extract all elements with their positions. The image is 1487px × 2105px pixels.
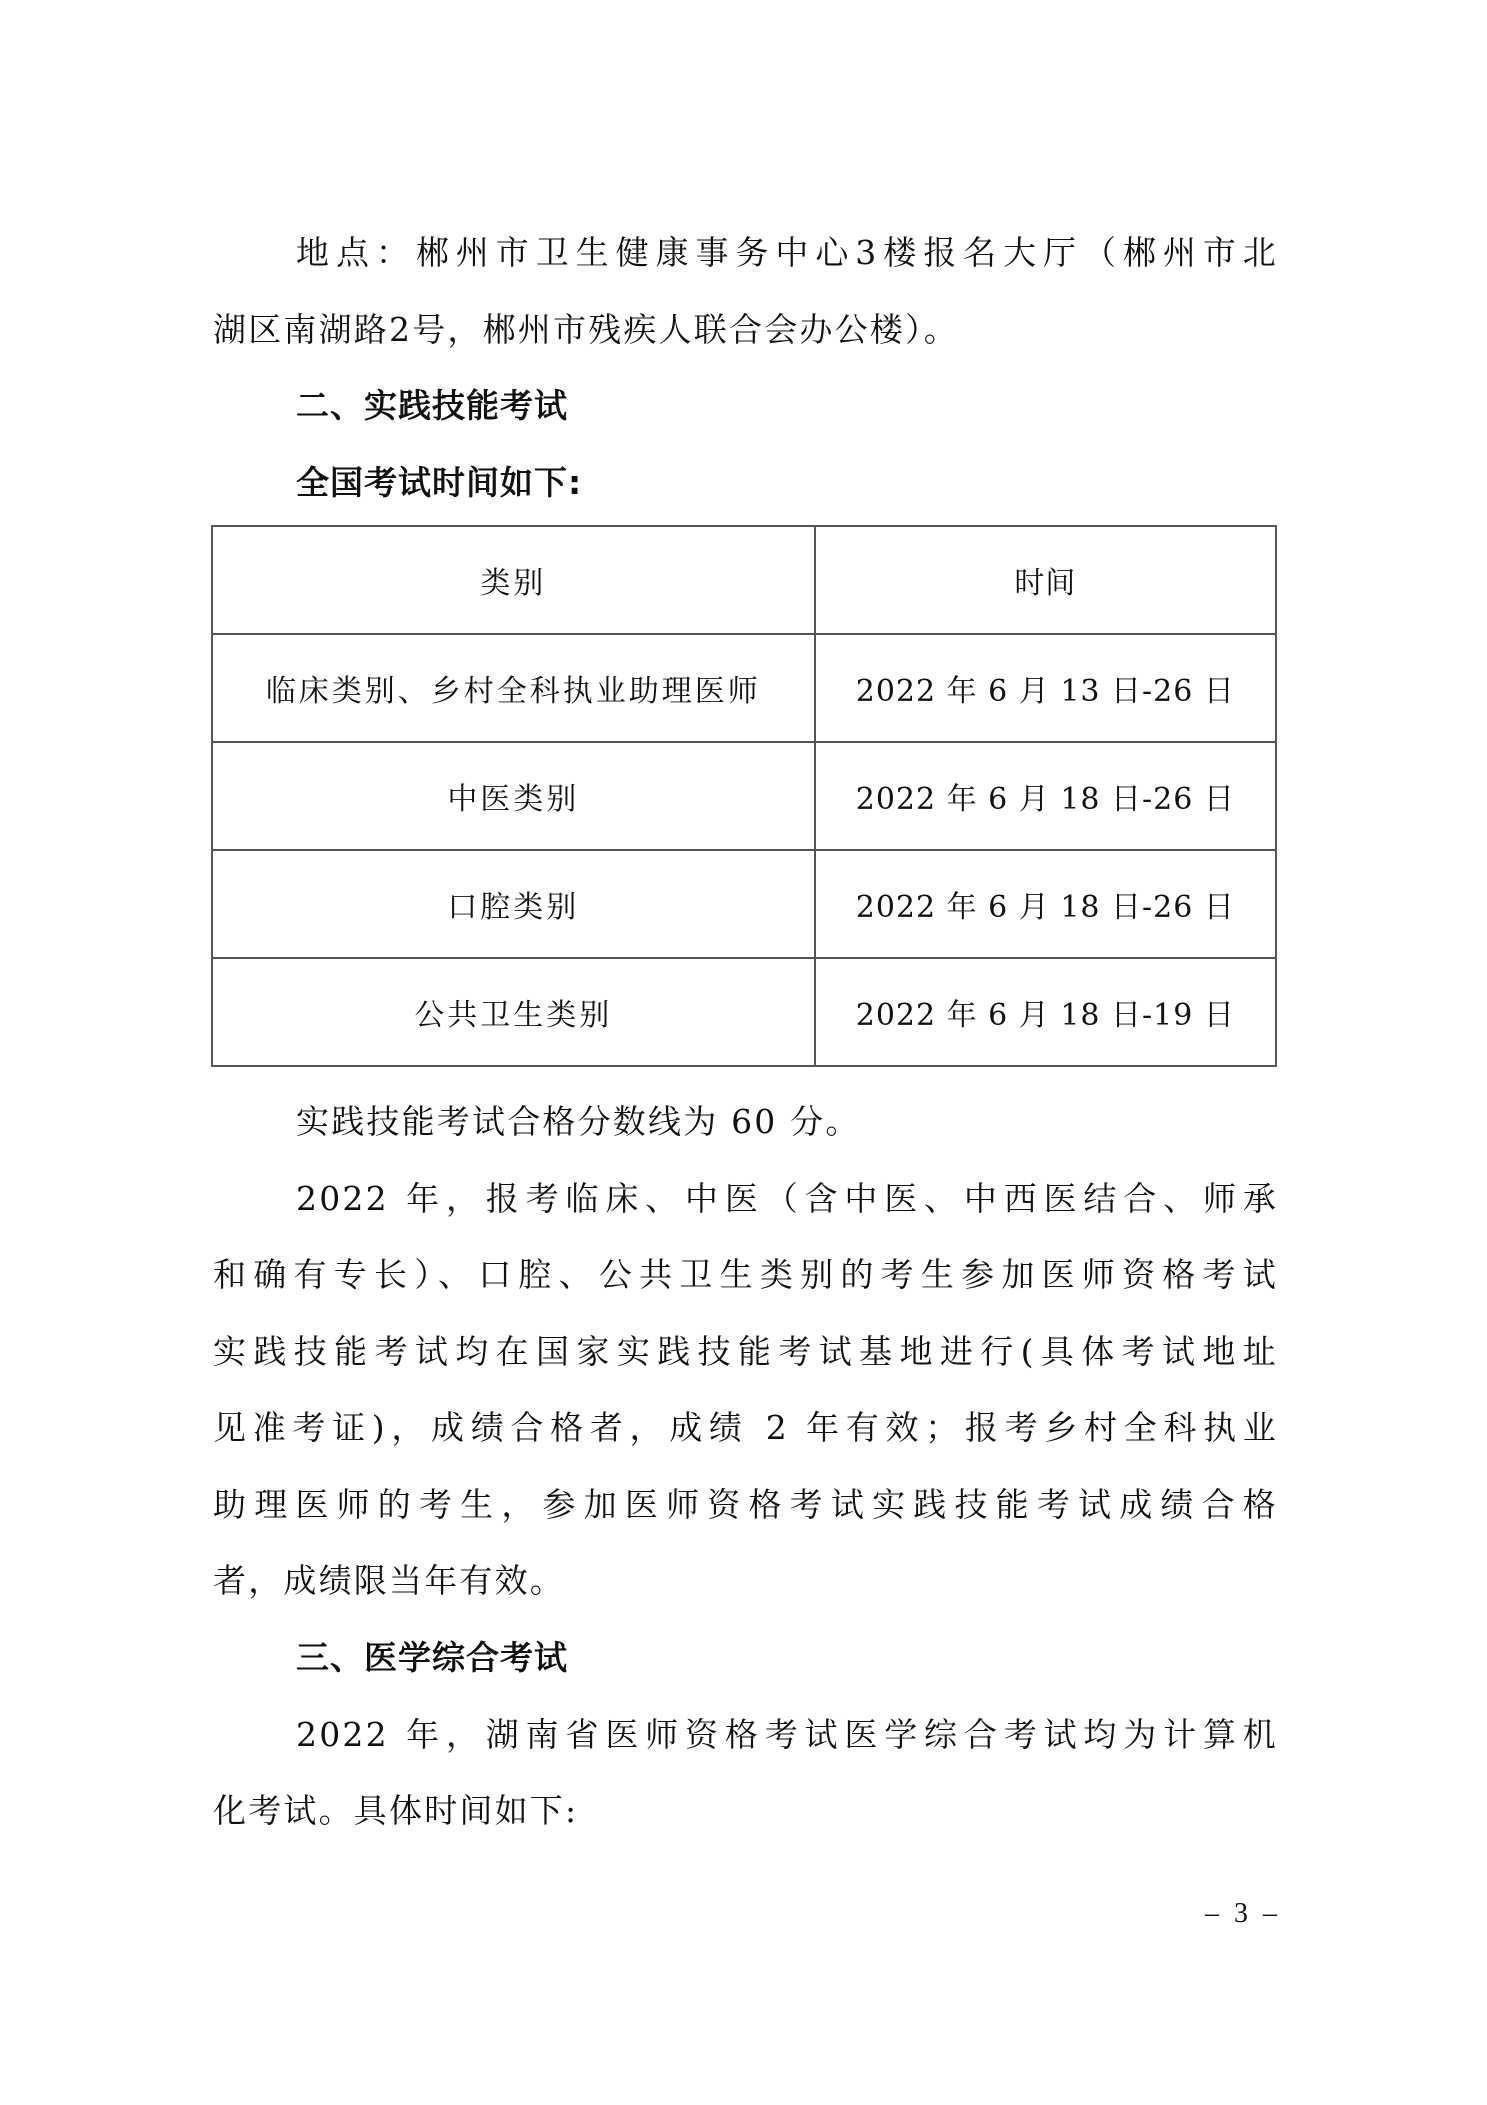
document-page: 地点：郴州市卫生健康事务中心3楼报名大厅（郴州市北 湖区南湖路2号，郴州市残疾人… bbox=[0, 0, 1487, 2105]
table-row: 临床类别、乡村全科执业助理医师 2022 年 6 月 13 日-26 日 bbox=[212, 634, 1276, 742]
table-row: 中医类别 2022 年 6 月 18 日-26 日 bbox=[212, 742, 1276, 850]
section-2-subheading: 全国考试时间如下: bbox=[296, 463, 1278, 503]
table-header-row: 类别 时间 bbox=[212, 526, 1276, 634]
table-row: 公共卫生类别 2022 年 6 月 18 日-19 日 bbox=[212, 958, 1276, 1066]
location-line-1: 地点：郴州市卫生健康事务中心3楼报名大厅（郴州市北 bbox=[296, 233, 1278, 273]
row-category: 中医类别 bbox=[212, 742, 815, 850]
paragraph-line: 者，成绩限当年有效。 bbox=[213, 1561, 1278, 1601]
paragraph-line: 见准考证)，成绩合格者，成绩 2 年有效；报考乡村全科执业 bbox=[213, 1408, 1278, 1448]
row-time: 2022 年 6 月 13 日-26 日 bbox=[815, 634, 1276, 742]
passing-score-line: 实践技能考试合格分数线为 60 分。 bbox=[296, 1102, 1278, 1142]
row-category: 口腔类别 bbox=[212, 850, 815, 958]
paragraph-line: 化考试。具体时间如下: bbox=[213, 1791, 1278, 1831]
exam-schedule-table: 类别 时间 临床类别、乡村全科执业助理医师 2022 年 6 月 13 日-26… bbox=[211, 525, 1277, 1067]
row-category: 公共卫生类别 bbox=[212, 958, 815, 1066]
row-category: 临床类别、乡村全科执业助理医师 bbox=[212, 634, 815, 742]
section-3-heading: 三、医学综合考试 bbox=[296, 1638, 1278, 1678]
paragraph-line: 实践技能考试均在国家实践技能考试基地进行(具体考试地址 bbox=[213, 1332, 1278, 1372]
paragraph-line: 和确有专长）、口腔、公共卫生类别的考生参加医师资格考试 bbox=[213, 1255, 1278, 1295]
page-number: – 3 – bbox=[1205, 1898, 1281, 1930]
paragraph-line: 2022 年，湖南省医师资格考试医学综合考试均为计算机 bbox=[296, 1715, 1278, 1755]
row-time: 2022 年 6 月 18 日-26 日 bbox=[815, 742, 1276, 850]
header-time: 时间 bbox=[815, 526, 1276, 634]
paragraph-line: 助理医师的考生，参加医师资格考试实践技能考试成绩合格 bbox=[213, 1485, 1278, 1525]
row-time: 2022 年 6 月 18 日-19 日 bbox=[815, 958, 1276, 1066]
row-time: 2022 年 6 月 18 日-26 日 bbox=[815, 850, 1276, 958]
table-row: 口腔类别 2022 年 6 月 18 日-26 日 bbox=[212, 850, 1276, 958]
section-2-heading: 二、实践技能考试 bbox=[296, 386, 1278, 426]
header-category: 类别 bbox=[212, 526, 815, 634]
paragraph-line: 2022 年，报考临床、中医（含中医、中西医结合、师承 bbox=[296, 1179, 1278, 1219]
location-line-2: 湖区南湖路2号，郴州市残疾人联合会办公楼）。 bbox=[213, 310, 1278, 350]
